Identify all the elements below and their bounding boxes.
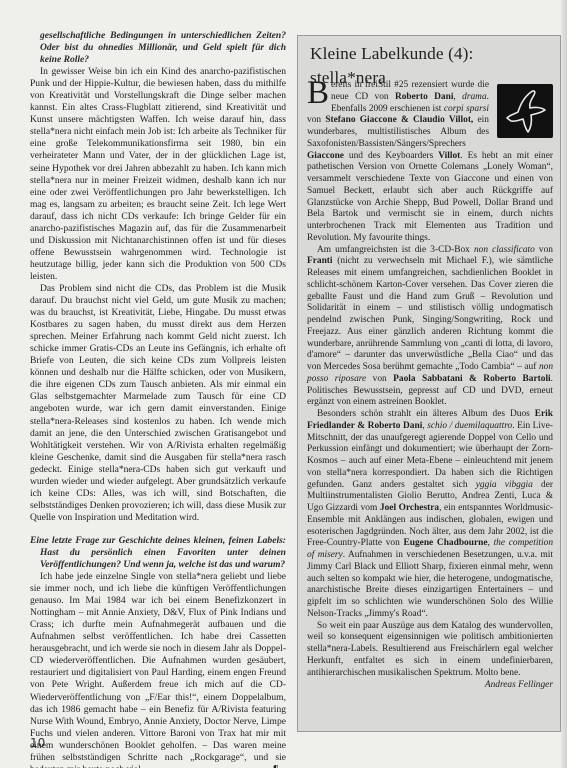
interview-answer-paragraph: Ich habe jede einzelne Single von stella… <box>30 571 286 768</box>
interview-column: gesellschaftliche Bedingungen in untersc… <box>30 30 286 768</box>
text: , <box>453 92 462 102</box>
sidebox-paragraph: Am umfangreichsten ist die 3-CD-Box non … <box>307 245 553 410</box>
sidebox-paragraph: So weit ein paar Auszüge aus dem Katalog… <box>307 621 553 680</box>
end-of-article-mark: ¶ <box>263 764 278 768</box>
album-title: non classificato <box>474 245 535 255</box>
artist-name: Franti <box>307 256 333 266</box>
text: von <box>535 245 553 255</box>
artist-name: Paola Sabbatani & Roberto Bartoli <box>393 374 551 384</box>
artist-name: Joel Orchestra <box>380 503 439 513</box>
album-title: yggia vibggia <box>476 480 533 490</box>
paragraph-gap <box>30 524 286 535</box>
text: und des Keyboarders <box>344 151 438 161</box>
text: von <box>366 374 393 384</box>
page-number: 10 <box>30 736 45 750</box>
text: . Es hebt an mit einer pathetischen Vers… <box>307 151 553 243</box>
answer-text: Ich habe jede einzelne Single von stella… <box>30 571 286 768</box>
artist-name: Villot <box>438 151 460 161</box>
album-title: corpi sparsi <box>444 104 489 114</box>
text: von <box>307 115 325 125</box>
text: Am umfangreichsten ist die 3-CD-Box <box>317 245 474 255</box>
magazine-page: gesellschaftliche Bedingungen in untersc… <box>0 0 567 768</box>
album-title: schio / duemilaquattro <box>427 421 512 431</box>
interview-answer-paragraph: Das Problem sind nicht die CDs, das Prob… <box>30 283 286 524</box>
text: Besonders schön strahlt ein älteres Albu… <box>317 409 535 419</box>
drop-cap: B <box>307 81 329 105</box>
author-signature: Andreas Fellinger <box>307 680 553 692</box>
artist-name: Stefano Giaccone & Claudio Villot, <box>325 115 473 125</box>
interview-question: Eine letzte Frage zur Geschichte deines … <box>30 535 286 571</box>
stella-nera-bird-logo <box>501 88 549 134</box>
label-review-sidebox: Kleine Labelkunde (4): stella*nera Berei… <box>297 35 561 732</box>
text: . Aufnahmen in verschiedenen Besetzungen… <box>307 550 553 619</box>
text: (nicht zu verwechseln mit Michael F.), w… <box>307 256 553 372</box>
album-title: drama <box>462 92 486 102</box>
interview-question: gesellschaftliche Bedingungen in untersc… <box>30 30 286 66</box>
artist-name: Eugene Chadbourne <box>404 538 488 548</box>
artist-name: Giaccone <box>307 151 344 161</box>
bird-icon <box>497 84 553 138</box>
sidebox-body: Bereits in freiStil #25 rezensiert wurde… <box>307 80 553 692</box>
artist-name: Roberto Dani <box>395 92 453 102</box>
page-edge-shadow <box>561 0 567 768</box>
sidebox-paragraph: Besonders schön strahlt ein älteres Albu… <box>307 409 553 621</box>
interview-answer-paragraph: In gewisser Weise bin ich ein Kind des a… <box>30 66 286 283</box>
